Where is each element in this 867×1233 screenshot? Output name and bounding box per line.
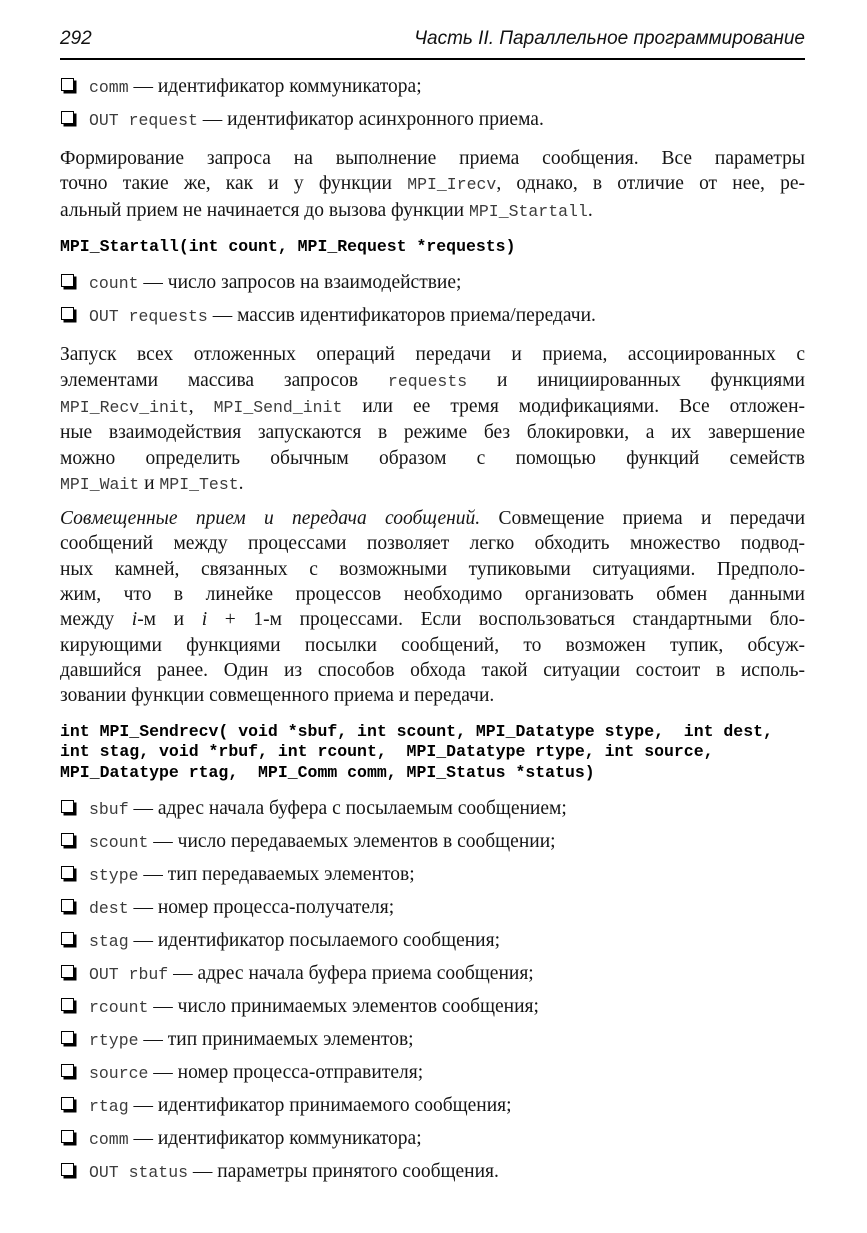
bullet-item: rtype — тип принимаемых элементов;: [60, 1027, 805, 1053]
bullet-item: rtag — идентификатор принимаемого сообще…: [60, 1093, 805, 1119]
text-run: Запуск всех отложенных операций передачи…: [60, 344, 805, 365]
shadowed-square-icon: [61, 800, 74, 813]
inline-code: MPI_Startall: [469, 202, 588, 221]
text-run: кирующими функциями посылки сообщений, т…: [60, 635, 805, 656]
text-run: ные взаимодействия запускаются в режиме …: [60, 422, 805, 443]
bullet-item: scount — число передаваемых элементов в …: [60, 829, 805, 855]
bullet-text: rtype — тип принимаемых элементов;: [89, 1029, 414, 1050]
inline-code: rcount: [89, 998, 148, 1017]
text-run: — число принимаемых элементов сообщения;: [148, 996, 539, 1017]
inline-code: sbuf: [89, 800, 129, 819]
bullet-text: OUT status — параметры принятого сообщен…: [89, 1161, 499, 1182]
shadowed-square-icon: [61, 866, 74, 879]
shadowed-square-icon: [61, 899, 74, 912]
text-run: ,: [189, 396, 214, 417]
paragraph-line: альный прием не начинается до вызова фун…: [60, 198, 805, 224]
text-run: или ее тремя модификациями. Все отложен-: [342, 396, 805, 417]
chapter-title: Часть II. Параллельное программирование: [414, 28, 805, 50]
bullet-item: source — номер процесса-отправителя;: [60, 1060, 805, 1086]
text-run: .: [239, 473, 244, 494]
bullet-text: OUT rbuf — адрес начала буфера приема со…: [89, 963, 534, 984]
paragraph-line: кирующими функциями посылки сообщений, т…: [60, 633, 805, 658]
bullet-text: OUT requests — массив идентификаторов пр…: [89, 305, 596, 326]
shadowed-square-icon: [61, 78, 74, 91]
bullet-item: OUT status — параметры принятого сообщен…: [60, 1159, 805, 1185]
text-run: точно такие же, как и у функции: [60, 173, 407, 194]
shadowed-square-icon: [61, 833, 74, 846]
paragraph-line: давшийся ранее. Один из способов обхода …: [60, 658, 805, 683]
inline-code: rtag: [89, 1097, 129, 1116]
shadowed-square-icon: [61, 274, 74, 287]
text-run: — тип принимаемых элементов;: [139, 1029, 414, 1050]
shadowed-square-icon: [61, 307, 74, 320]
text-run: .: [588, 200, 593, 221]
shadowed-square-icon: [61, 965, 74, 978]
paragraph-line: жим, что в линейке процессов необходимо …: [60, 582, 805, 607]
inline-code: count: [89, 274, 139, 293]
document-content: comm — идентификатор коммуникатора;OUT r…: [60, 74, 805, 1185]
bullet-item: comm — идентификатор коммуникатора;: [60, 74, 805, 100]
bullet-list: comm — идентификатор коммуникатора;OUT r…: [60, 74, 805, 133]
paragraph-line: элементами массива запросов requests и и…: [60, 368, 805, 394]
bullet-text: source — номер процесса-отправителя;: [89, 1062, 423, 1083]
bullet-text: OUT request — идентификатор асинхронного…: [89, 109, 544, 130]
text-run: можно определить обычным образом с помощ…: [60, 448, 805, 469]
text-run: — адрес начала буфера приема сообщения;: [168, 963, 533, 984]
inline-code: MPI_Send_init: [214, 398, 343, 417]
paragraph-line: между i-м и i + 1-м процессами. Если вос…: [60, 607, 805, 632]
text-run: сообщений между процессами позволяет лег…: [60, 533, 805, 554]
code-block: MPI_Startall(int count, MPI_Request *req…: [60, 237, 805, 258]
paragraph-line: Совмещенные прием и передача сообщений. …: [60, 506, 805, 531]
shadowed-square-icon: [61, 1097, 74, 1110]
text-run: — массив идентификаторов приема/передачи…: [208, 305, 596, 326]
text-run: и: [139, 473, 159, 494]
text-run: — идентификатор коммуникатора;: [129, 76, 422, 97]
text-run: — число запросов на взаимодействие;: [139, 272, 462, 293]
bullet-list: sbuf — адрес начала буфера с посылаемым …: [60, 796, 805, 1185]
text-run: , однако, в отличие от нее, ре-: [496, 173, 805, 194]
bullet-text: count — число запросов на взаимодействие…: [89, 272, 461, 293]
italic-text: Совмещенные прием и передача сообщений.: [60, 508, 480, 529]
paragraph-line: точно такие же, как и у функции MPI_Irec…: [60, 171, 805, 197]
inline-code: comm: [89, 78, 129, 97]
inline-code: OUT request: [89, 111, 198, 130]
bullet-text: rcount — число принимаемых элементов соо…: [89, 996, 539, 1017]
inline-code: dest: [89, 899, 129, 918]
bullet-text: sbuf — адрес начала буфера с посылаемым …: [89, 798, 567, 819]
code-line: MPI_Startall(int count, MPI_Request *req…: [60, 237, 805, 258]
paragraph-line: зовании функции совмещенного приема и пе…: [60, 683, 805, 708]
bullet-text: scount — число передаваемых элементов в …: [89, 831, 556, 852]
paragraph-line: Формирование запроса на выполнение прием…: [60, 146, 805, 171]
inline-code: stype: [89, 866, 139, 885]
shadowed-square-icon: [61, 998, 74, 1011]
paragraph: Совмещенные прием и передача сообщений. …: [60, 506, 805, 708]
inline-code: stag: [89, 932, 129, 951]
bullet-text: rtag — идентификатор принимаемого сообще…: [89, 1095, 512, 1116]
inline-code: OUT status: [89, 1163, 188, 1182]
bullet-item: rcount — число принимаемых элементов соо…: [60, 994, 805, 1020]
paragraph-line: MPI_Recv_init, MPI_Send_init или ее трем…: [60, 394, 805, 420]
inline-code: scount: [89, 833, 148, 852]
bullet-item: OUT requests — массив идентификаторов пр…: [60, 303, 805, 329]
shadowed-square-icon: [61, 932, 74, 945]
text-run: и инициированных функциями: [467, 370, 805, 391]
paragraph-line: Запуск всех отложенных операций передачи…: [60, 342, 805, 367]
book-page: 292 Часть II. Параллельное программирова…: [0, 0, 867, 1233]
inline-code: source: [89, 1064, 148, 1083]
text-run: — номер процесса-отправителя;: [148, 1062, 423, 1083]
bullet-item: count — число запросов на взаимодействие…: [60, 270, 805, 296]
bullet-text: dest — номер процесса-получателя;: [89, 897, 394, 918]
bullet-item: stype — тип передаваемых элементов;: [60, 862, 805, 888]
inline-code: requests: [388, 372, 467, 391]
shadowed-square-icon: [61, 111, 74, 124]
text-run: жим, что в линейке процессов необходимо …: [60, 584, 805, 605]
text-run: — идентификатор коммуникатора;: [129, 1128, 422, 1149]
bullet-item: dest — номер процесса-получателя;: [60, 895, 805, 921]
shadowed-square-icon: [61, 1130, 74, 1143]
text-run: — число передаваемых элементов в сообщен…: [148, 831, 555, 852]
text-run: -м и: [137, 609, 202, 630]
text-run: — идентификатор посылаемого сообщения;: [129, 930, 500, 951]
bullet-list: count — число запросов на взаимодействие…: [60, 270, 805, 329]
bullet-item: comm — идентификатор коммуникатора;: [60, 1126, 805, 1152]
code-line: int stag, void *rbuf, int rcount, MPI_Da…: [60, 742, 805, 763]
paragraph-line: сообщений между процессами позволяет лег…: [60, 531, 805, 556]
code-line: MPI_Datatype rtag, MPI_Comm comm, MPI_St…: [60, 763, 805, 784]
inline-code: MPI_Wait: [60, 475, 139, 494]
text-run: элементами массива запросов: [60, 370, 388, 391]
bullet-item: sbuf — адрес начала буфера с посылаемым …: [60, 796, 805, 822]
inline-code: MPI_Test: [159, 475, 238, 494]
bullet-item: OUT request — идентификатор асинхронного…: [60, 107, 805, 133]
bullet-text: stag — идентификатор посылаемого сообщен…: [89, 930, 500, 951]
text-run: — адрес начала буфера с посылаемым сообщ…: [129, 798, 567, 819]
bullet-text: comm — идентификатор коммуникатора;: [89, 1128, 422, 1149]
text-run: между: [60, 609, 132, 630]
shadowed-square-icon: [61, 1163, 74, 1176]
text-run: давшийся ранее. Один из способов обхода …: [60, 660, 805, 681]
text-run: Формирование запроса на выполнение прием…: [60, 148, 805, 169]
paragraph-line: можно определить обычным образом с помощ…: [60, 446, 805, 471]
text-run: — номер процесса-получателя;: [129, 897, 395, 918]
paragraph: Запуск всех отложенных операций передачи…: [60, 342, 805, 497]
page-number: 292: [60, 28, 92, 50]
paragraph-line: MPI_Wait и MPI_Test.: [60, 471, 805, 497]
code-line: int MPI_Sendrecv( void *sbuf, int scount…: [60, 722, 805, 743]
inline-code: comm: [89, 1130, 129, 1149]
text-run: — тип передаваемых элементов;: [139, 864, 415, 885]
inline-code: rtype: [89, 1031, 139, 1050]
page-header: 292 Часть II. Параллельное программирова…: [60, 28, 805, 60]
bullet-item: stag — идентификатор посылаемого сообщен…: [60, 928, 805, 954]
paragraph-line: ных камней, связанных с возможными тупик…: [60, 557, 805, 582]
text-run: — идентификатор принимаемого сообщения;: [129, 1095, 512, 1116]
inline-code: MPI_Irecv: [407, 175, 496, 194]
inline-code: OUT rbuf: [89, 965, 168, 984]
text-run: — параметры принятого сообщения.: [188, 1161, 499, 1182]
shadowed-square-icon: [61, 1031, 74, 1044]
text-run: ных камней, связанных с возможными тупик…: [60, 559, 805, 580]
paragraph-line: ные взаимодействия запускаются в режиме …: [60, 420, 805, 445]
bullet-text: comm — идентификатор коммуникатора;: [89, 76, 422, 97]
shadowed-square-icon: [61, 1064, 74, 1077]
bullet-text: stype — тип передаваемых элементов;: [89, 864, 415, 885]
text-run: — идентификатор асинхронного приема.: [198, 109, 544, 130]
text-run: + 1-м процессами. Если воспользоваться с…: [207, 609, 805, 630]
text-run: зовании функции совмещенного приема и пе…: [60, 685, 494, 706]
inline-code: OUT requests: [89, 307, 208, 326]
inline-code: MPI_Recv_init: [60, 398, 189, 417]
text-run: альный прием не начинается до вызова фун…: [60, 200, 469, 221]
paragraph: Формирование запроса на выполнение прием…: [60, 146, 805, 224]
bullet-item: OUT rbuf — адрес начала буфера приема со…: [60, 961, 805, 987]
code-block: int MPI_Sendrecv( void *sbuf, int scount…: [60, 722, 805, 784]
text-run: Совмещение приема и передачи: [480, 508, 805, 529]
